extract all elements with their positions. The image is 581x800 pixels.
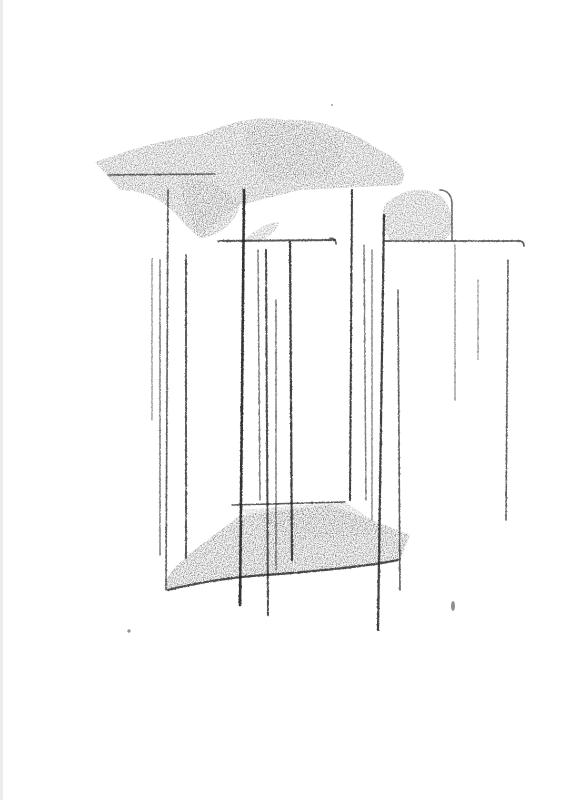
base-slab bbox=[165, 502, 410, 590]
canopy-shading bbox=[95, 118, 452, 242]
charcoal-sketch bbox=[0, 0, 581, 800]
